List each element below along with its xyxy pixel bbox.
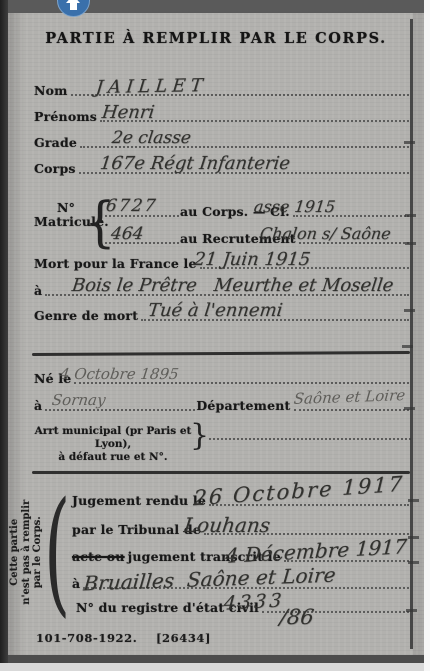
arrondissement-label-line1: Arrt municipal (pr Paris et Lyon),	[34, 425, 192, 451]
marginal-note-line2: n'est pas à remplir	[20, 484, 32, 620]
grade-value: 2e classe	[111, 128, 192, 148]
arrondissement-label: Arrt municipal (pr Paris et Lyon), à déf…	[34, 425, 192, 464]
corps-value: 167e Régt Infanterie	[99, 153, 292, 174]
scan-left-edge	[0, 0, 8, 663]
mort-date-value: 21 Juin 1915	[193, 249, 312, 270]
genre-mort-value: Tué à l'ennemi	[147, 300, 284, 321]
arrondissement-row	[206, 424, 412, 442]
up-arrow-icon-stem	[70, 2, 77, 10]
imprint-line: 101-708-1922. [26434]	[36, 631, 211, 645]
form-title: PARTIE À REMPLIR PAR LE CORPS.	[28, 30, 404, 47]
page-fold-line	[410, 19, 413, 649]
document-scan: PARTIE À REMPLIR PAR LE CORPS. Nom JAILL…	[8, 13, 424, 655]
prenoms-row: Prénoms	[34, 106, 410, 124]
edge-ink-mark	[404, 407, 415, 410]
nom-value: JAILLET	[95, 75, 209, 98]
arrondissement-label-line2: à défaut rue et N°.	[34, 451, 192, 464]
dotted-rule	[209, 438, 411, 440]
edge-ink-mark	[408, 561, 419, 564]
transcription-lieu-label: à	[72, 577, 80, 591]
registre-value: 4333	[223, 589, 285, 614]
marginal-note-line3: par le Corps.	[32, 484, 44, 620]
naissance-date-value: 4 Octobre 1895	[59, 365, 180, 383]
grade-row: Grade	[34, 132, 410, 150]
recrutement-value: Chalon s/ Saône	[259, 224, 392, 243]
dotted-rule	[45, 409, 195, 411]
jugement-label: Jugement rendu le	[72, 494, 206, 508]
departement-label: Département	[196, 399, 290, 413]
grade-label: Grade	[34, 136, 77, 150]
edge-ink-mark	[408, 536, 419, 539]
edge-ink-mark	[405, 242, 416, 245]
scan-bottom-edge	[0, 655, 424, 663]
edge-ink-mark	[404, 141, 415, 144]
screenshot-root: PARTIE À REMPLIR PAR LE CORPS. Nom JAILL…	[0, 0, 430, 671]
dotted-rule	[294, 409, 410, 411]
mort-date-label: Mort pour la France le	[34, 257, 197, 271]
prenoms-value: Henri	[101, 102, 156, 123]
section-divider	[32, 351, 410, 356]
edge-ink-mark	[402, 345, 413, 348]
edge-ink-mark	[408, 499, 419, 502]
naissance-lieu-value: Sornay	[51, 391, 107, 409]
page-fold-shadow	[413, 13, 424, 655]
edge-ink-mark	[406, 609, 417, 612]
corps-label: Corps	[34, 162, 76, 176]
edge-ink-mark	[405, 214, 416, 217]
nom-row: Nom	[34, 80, 410, 98]
mort-lieu-value: Bois le Prêtre Meurthe et Moselle	[71, 275, 395, 296]
nom-label: Nom	[34, 84, 68, 98]
matricule-corps-number: 6727	[105, 196, 159, 216]
etat-civil-brace	[44, 483, 70, 621]
genre-mort-label: Genre de mort	[34, 309, 138, 323]
mort-lieu-label: à	[34, 284, 42, 298]
page-right-margin	[424, 0, 430, 671]
naissance-lieu-label: à	[34, 399, 42, 413]
matricule-recrutement-number: 464	[110, 224, 145, 244]
prenoms-label: Prénoms	[34, 110, 97, 124]
viewer-bottom-margin	[0, 663, 430, 671]
tribunal-value: Louhans	[183, 513, 272, 537]
tribunal-label: par le Tribunal de	[72, 523, 201, 537]
marginal-note-line1: Cette partie	[9, 484, 21, 620]
registre-fraction: /86	[279, 605, 316, 629]
transcription-label-struck: acte ou	[72, 550, 125, 564]
section-divider	[32, 471, 410, 474]
classe-value: asse 1915	[253, 197, 337, 216]
imprint-reference: 101-708-1922.	[36, 631, 137, 645]
edge-ink-mark	[404, 309, 415, 312]
imprint-serial: [26434]	[156, 631, 211, 645]
marginal-note: Cette partie n'est pas à remplir par le …	[9, 484, 44, 620]
